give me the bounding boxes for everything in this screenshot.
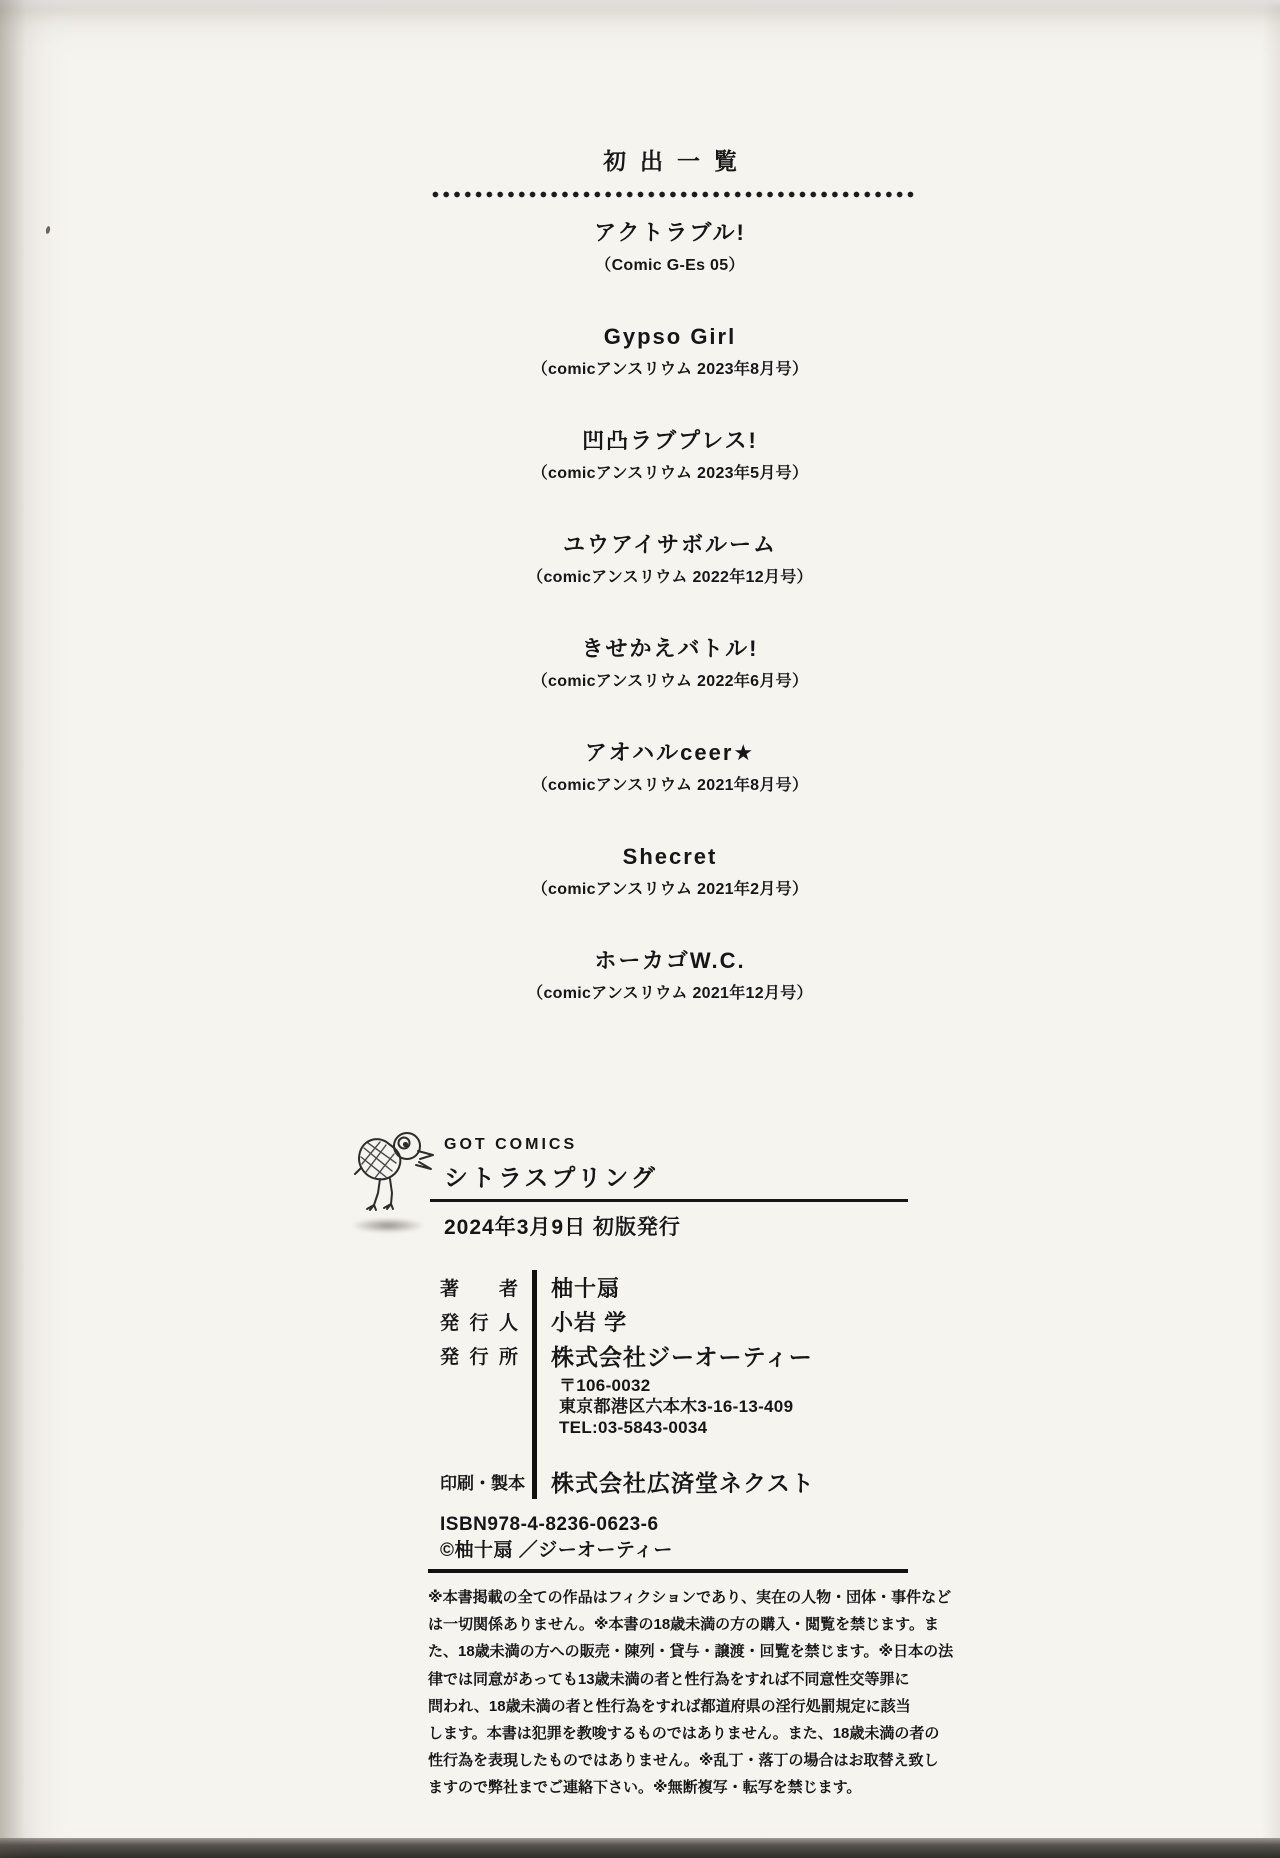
work-item: アオハルceer★ （comicアンスリウム 2021年8月号） (430, 739, 910, 795)
credit-value: 小岩 学 (532, 1304, 920, 1338)
isbn-number: ISBN978-4-8236-0623-6 (440, 1514, 659, 1536)
work-title: アクトラブル! (430, 219, 910, 247)
credit-row-spacer (440, 1448, 920, 1463)
credit-row-author: 著者 柚十扇 (440, 1270, 920, 1304)
credit-row-publisher: 発行所 株式会社ジーオーティー (440, 1338, 920, 1372)
work-source: （comicアンスリウム 2023年5月号） (430, 464, 910, 483)
dotted-divider (430, 191, 916, 198)
credit-label: 著者 (440, 1274, 532, 1301)
work-item: Shecret （comicアンスリウム 2021年2月号） (430, 843, 910, 899)
legal-divider (428, 1569, 908, 1573)
scan-bottom-edge (0, 1838, 1280, 1858)
work-source: （comicアンスリウム 2021年8月号） (430, 776, 910, 795)
edition-date: 2024年3月9日 初版発行 (444, 1211, 681, 1241)
credit-value: 柚十扇 (532, 1270, 920, 1304)
work-source: （comicアンスリウム 2021年2月号） (430, 880, 910, 899)
book-title: シトラスプリング (444, 1158, 658, 1193)
credit-value-empty (532, 1448, 920, 1463)
work-title: アオハルceer★ (430, 739, 910, 767)
publisher-address: 〒106-0032 東京都港区六本木3-16-13-409 TEL:03-584… (559, 1375, 793, 1438)
work-source: （comicアンスリウム 2022年12月号） (430, 568, 910, 587)
scan-speck (45, 226, 51, 235)
work-title: Gypso Girl (430, 323, 910, 351)
publisher-bird-logo-icon (353, 1126, 437, 1212)
work-source: （comicアンスリウム 2022年6月号） (430, 672, 910, 691)
work-title: きせかえバトル! (430, 635, 910, 663)
work-item: アクトラブル! （Comic G-Es 05） (430, 219, 910, 275)
work-item: ホーカゴW.C. （comicアンスリウム 2021年12月号） (430, 947, 910, 1003)
legal-disclaimer: ※本書掲載の全ての作品はフィクションであり、実在の人物・団体・事件など は一切関… (428, 1584, 988, 1802)
work-title: ホーカゴW.C. (430, 947, 910, 975)
first-publication-section: 初出一覧 アクトラブル! （Comic G-Es 05） Gypso Girl … (430, 146, 910, 1051)
work-item: Gypso Girl （comicアンスリウム 2023年8月号） (430, 323, 910, 379)
work-source: （comicアンスリウム 2023年8月号） (430, 360, 910, 379)
credit-label: 発行所 (440, 1342, 532, 1369)
imprint-label: GOT COMICS (444, 1136, 577, 1154)
work-title: 凹凸ラブプレス! (430, 427, 910, 455)
work-source: （comicアンスリウム 2021年12月号） (430, 984, 910, 1003)
copyright-line: ©柚十扇 ／ジーオーティー (440, 1540, 673, 1562)
work-item: ユウアイサボルーム （comicアンスリウム 2022年12月号） (430, 531, 910, 587)
credits-table: 著者 柚十扇 発行人 小岩 学 発行所 株式会社ジーオーティー 〒106-003… (440, 1270, 920, 1499)
credit-value: 〒106-0032 東京都港区六本木3-16-13-409 TEL:03-584… (532, 1372, 920, 1448)
work-item: 凹凸ラブプレス! （comicアンスリウム 2023年5月号） (430, 427, 910, 483)
title-divider (430, 1199, 908, 1202)
work-source: （Comic G-Es 05） (430, 256, 910, 275)
logo-shadow (352, 1218, 424, 1233)
work-title: Shecret (430, 843, 910, 871)
credit-row-printer: 印刷・製本 株式会社広済堂ネクスト (440, 1463, 920, 1499)
credit-label: 発行人 (440, 1308, 532, 1335)
section-title: 初出一覧 (430, 146, 910, 176)
book-colophon-page: 初出一覧 アクトラブル! （Comic G-Es 05） Gypso Girl … (0, 0, 1280, 1858)
credit-value: 株式会社ジーオーティー (532, 1338, 920, 1372)
credit-label: 印刷・製本 (440, 1469, 532, 1494)
works-list: アクトラブル! （Comic G-Es 05） Gypso Girl （comi… (430, 219, 910, 1003)
credit-value: 株式会社広済堂ネクスト (532, 1463, 920, 1499)
credit-row-address: 〒106-0032 東京都港区六本木3-16-13-409 TEL:03-584… (440, 1372, 920, 1448)
credit-row-publisher-person: 発行人 小岩 学 (440, 1304, 920, 1338)
work-item: きせかえバトル! （comicアンスリウム 2022年6月号） (430, 635, 910, 691)
work-title: ユウアイサボルーム (430, 531, 910, 559)
